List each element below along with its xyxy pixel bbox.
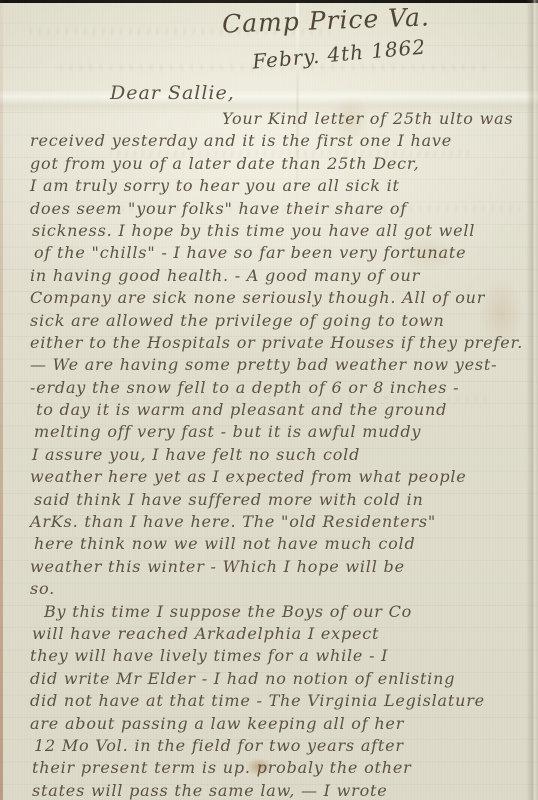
letter-line: sickness. I hope by this time you have a… [30, 220, 532, 242]
letter-line: did not have at that time - The Virginia… [30, 690, 532, 712]
letter-line: does seem "your folks" have their share … [30, 198, 532, 220]
letter-line: their present term is up. probaly the ot… [30, 757, 532, 779]
letter-line: -erday the snow fell to a depth of 6 or … [30, 377, 532, 399]
letter-line: melting off very fast - but it is awful … [30, 421, 532, 443]
letter-line: By this time I suppose the Boys of our C… [30, 601, 532, 623]
letter-line: — We are having some pretty bad weather … [30, 354, 532, 376]
letter-body: Your Kind letter of 25th ulto wasreceive… [30, 108, 532, 800]
scan-edge-right [526, 0, 538, 800]
letter-line: ArKs. than I have here. The "old Residen… [30, 511, 532, 533]
letter-heading-place: Camp Price Va. [222, 2, 431, 38]
scanned-letter-page: Camp Price Va. Febry. 4th 1862 Dear Sall… [0, 0, 538, 800]
letter-line: did write Mr Elder - I had no notion of … [30, 668, 532, 690]
letter-line: got from you of a later date than 25th D… [30, 153, 532, 175]
letter-line: 12 Mo Vol. in the field for two years af… [30, 735, 532, 757]
letter-line: weather here yet as I expected from what… [30, 466, 532, 488]
letter-line: in having good health. - A good many of … [30, 265, 532, 287]
letter-line: weather this winter - Which I hope will … [30, 556, 532, 578]
letter-heading-date: Febry. 4th 1862 [251, 34, 427, 73]
letter-line: received yesterday and it is the first o… [30, 130, 532, 152]
letter-line: of the "chills" - I have so far been ver… [30, 242, 532, 264]
letter-line: here think now we will not have much col… [30, 533, 532, 555]
letter-line: states will pass the same law, — I wrote [30, 780, 532, 800]
letter-line: so. [30, 578, 532, 600]
letter-line: either to the Hospitals or private House… [30, 332, 532, 354]
letter-line: sick are allowed the privilege of going … [30, 310, 532, 332]
letter-line: I am truly sorry to hear you are all sic… [30, 175, 532, 197]
letter-line: are about passing a law keeping all of h… [30, 713, 532, 735]
letter-salutation: Dear Sallie, [110, 82, 235, 104]
letter-line: Company are sick none seriously though. … [30, 287, 532, 309]
scan-edge-left [0, 0, 3, 800]
scan-edge-top [0, 0, 538, 3]
letter-line: they will have lively times for a while … [30, 645, 532, 667]
letter-line: I assure you, I have felt no such cold [30, 444, 532, 466]
letter-line: to day it is warm and pleasant and the g… [30, 399, 532, 421]
letter-line: Your Kind letter of 25th ulto was [30, 108, 532, 130]
letter-line: said think I have suffered more with col… [30, 489, 532, 511]
letter-line: will have reached Arkadelphia I expect [30, 623, 532, 645]
